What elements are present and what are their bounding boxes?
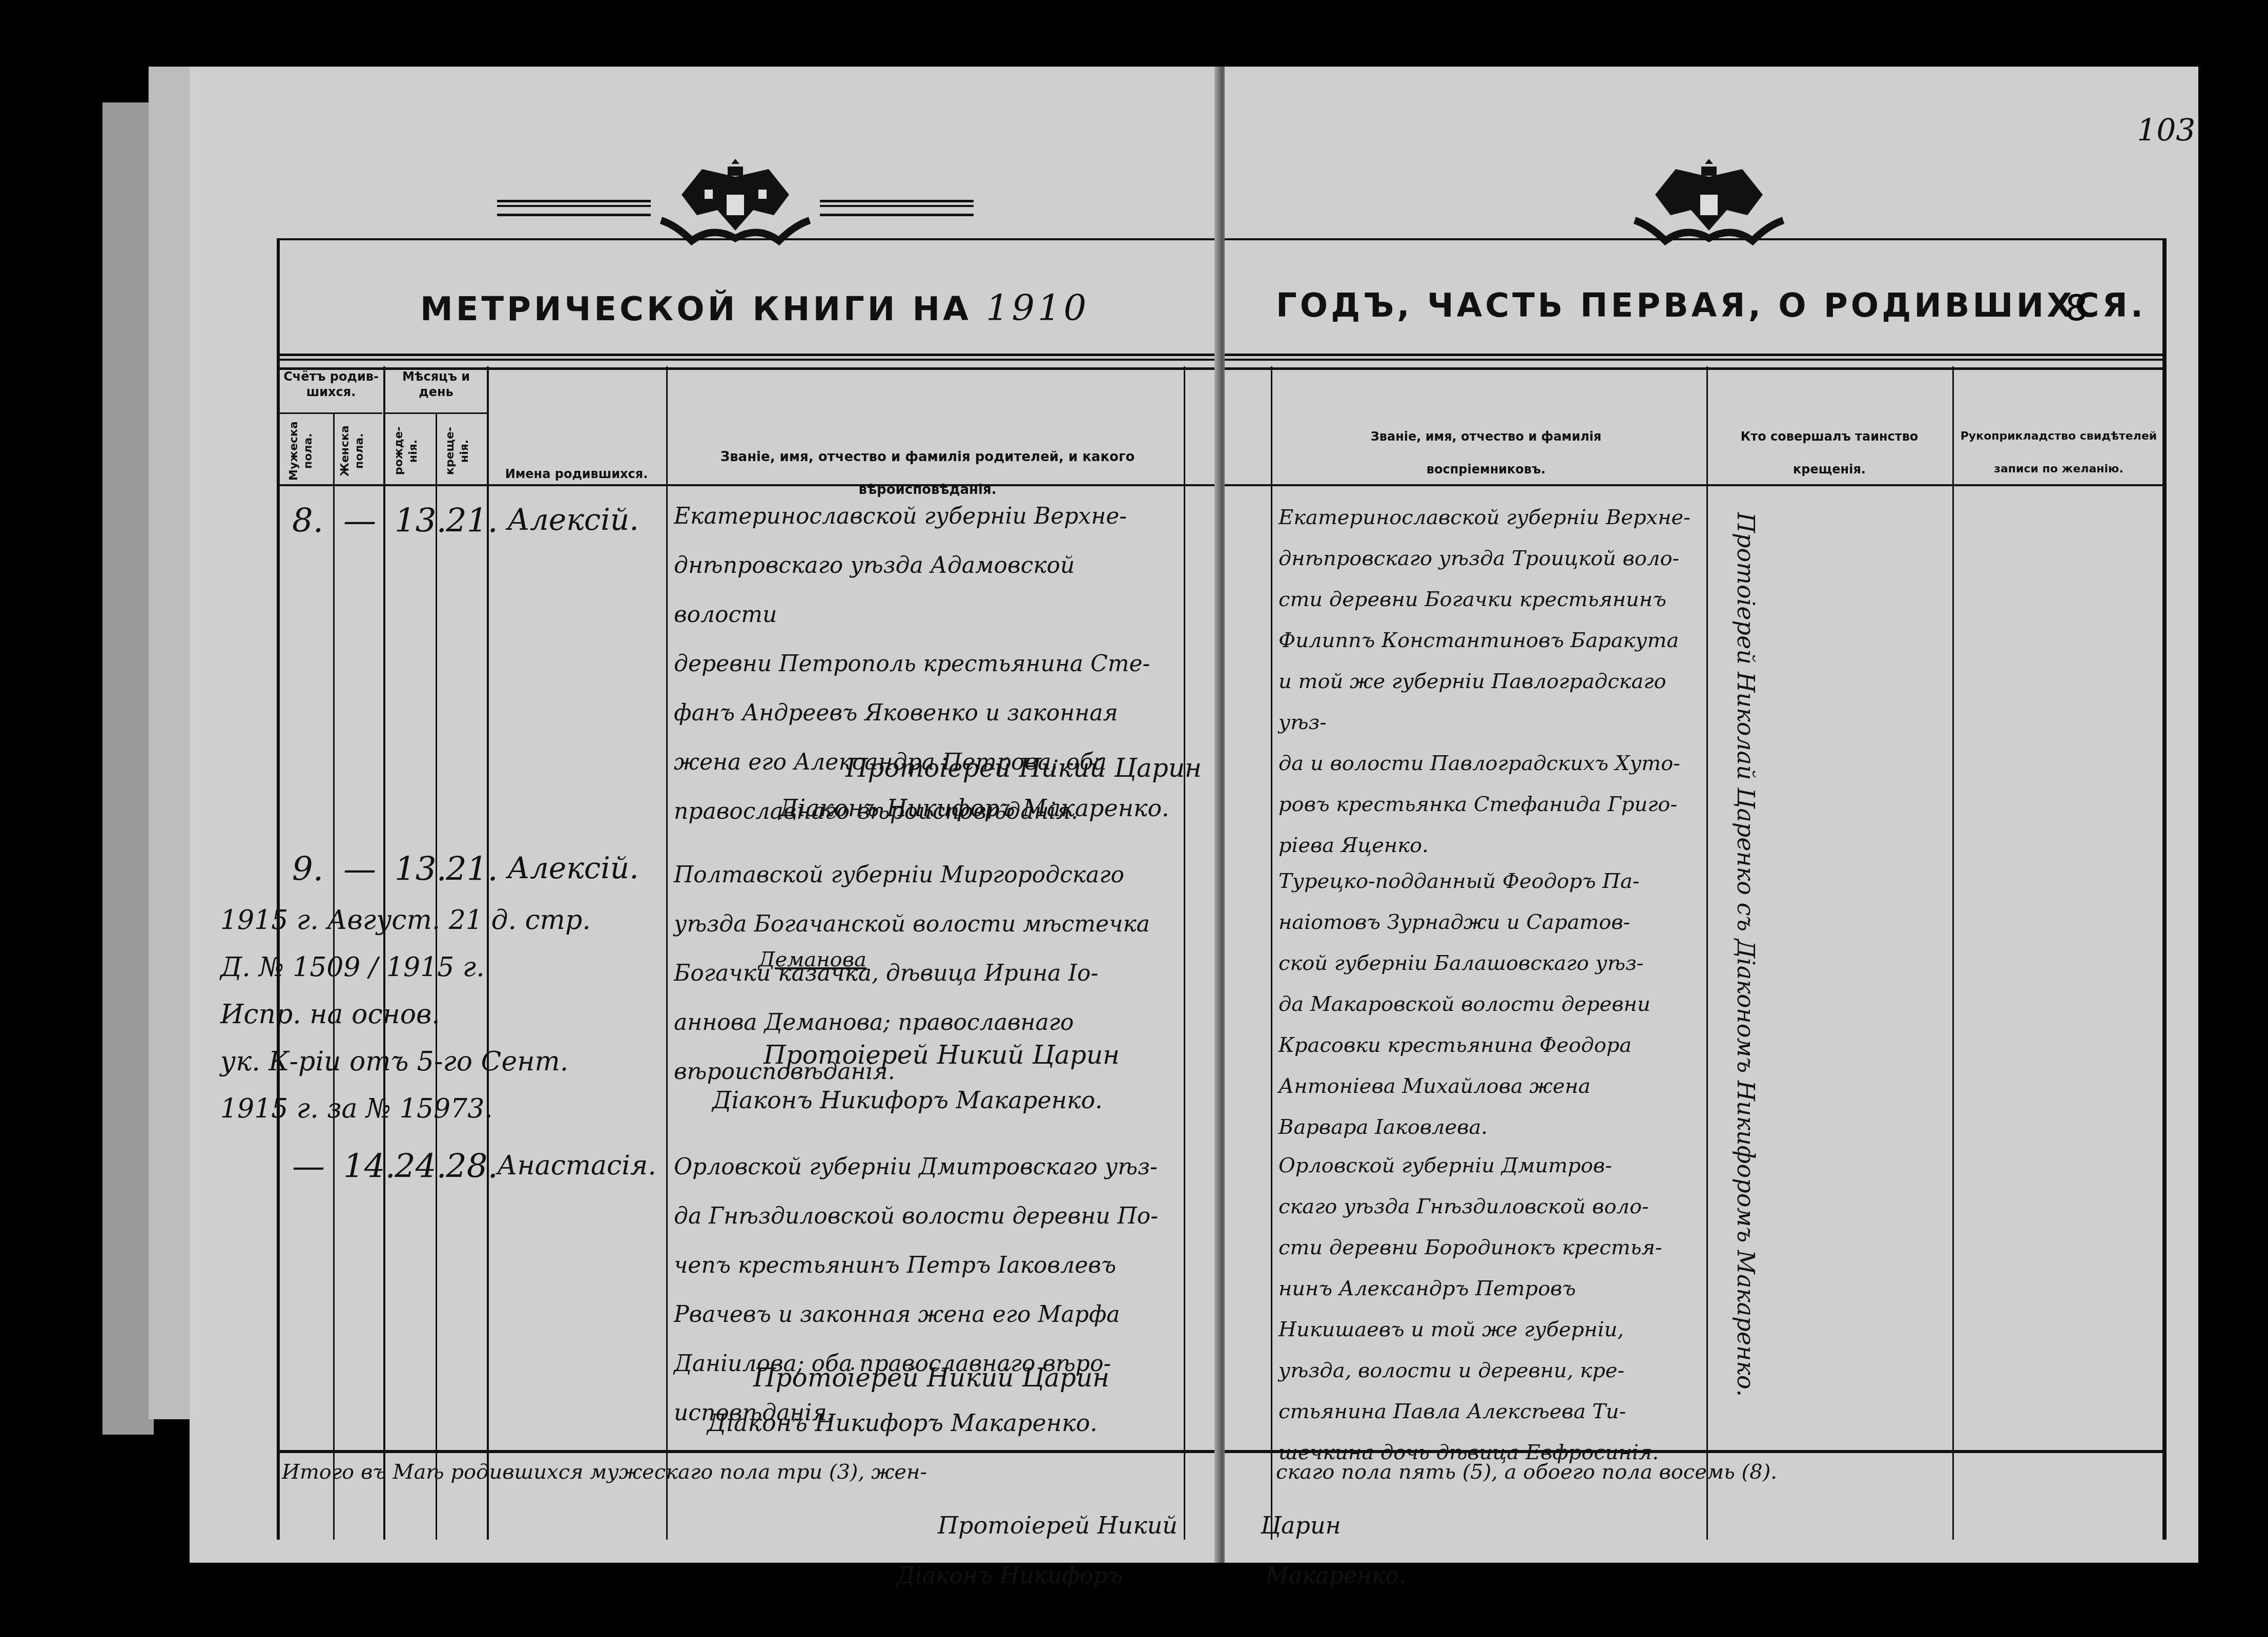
footer-signature-priest-left: Протоіерей Никий	[938, 1511, 1178, 1539]
entry-2-godparents: Турецко-подданный Феодоръ Па- наіотовъ З…	[1279, 861, 1704, 1148]
entry-3-signature-deacon: Діаконъ Никифоръ Макаренко.	[707, 1409, 1098, 1437]
archive-page-stamp: 103	[2137, 113, 2196, 149]
footer-signature-deacon-left: Діаконъ Никифоръ	[897, 1563, 1123, 1589]
header-baptism: креще-нія.	[443, 420, 471, 482]
col-line-6	[1184, 366, 1185, 1540]
entry-3-name: Анастасія.	[497, 1150, 656, 1181]
entry-3-godparents: Орловской губерніи Дмитров- скаго уѣзда …	[1279, 1145, 1704, 1473]
header-female: Женска пола.	[338, 420, 366, 482]
footer-summary-left: Итого въ Маѣ родившихся мужескаго пола т…	[282, 1460, 927, 1484]
imperial-crest-icon	[651, 154, 820, 251]
entry-3-parents: Орловской губерніи Дмитровскаго уѣз- да …	[674, 1143, 1181, 1438]
entry-1-name: Алексій.	[507, 502, 639, 537]
entry-1-birth-day: 13.	[395, 502, 447, 540]
entry-3-signature-priest: Протоіерей Никий Царин	[753, 1363, 1109, 1393]
entry-1-godparents: Екатеринославской губерніи Верхне- днѣпр…	[1279, 497, 1704, 866]
entry-1-female-no: —	[343, 502, 376, 540]
entry-2-margin-note: 1915 г. Август. 21 д. стр. Д. № 1509 / 1…	[220, 897, 661, 1132]
footer-rule-left	[280, 1450, 1223, 1453]
subheader-rule-b	[385, 412, 487, 414]
col-line-5	[666, 366, 668, 1540]
col-line-r1	[1271, 366, 1272, 1540]
frame-top	[277, 238, 1220, 240]
entry-1-signature-deacon: Діаконъ Никифоръ Макаренко.	[779, 794, 1169, 822]
col-line-r3	[1952, 366, 1954, 1540]
entry-3-female-no: 14.	[343, 1148, 396, 1186]
header-birth: рожде-нія.	[392, 420, 420, 482]
header-performed-by: Кто совершалъ таинство крещенія.	[1737, 420, 1922, 486]
entry-1-parents: Екатеринославской губерніи Верхне- днѣпр…	[674, 492, 1181, 836]
page-title-right: ГОДЪ, ЧАСТЬ ПЕРВАЯ, О РОДИВШИХСЯ.	[1276, 287, 2146, 325]
entry-3-male-no: —	[292, 1148, 325, 1186]
header-godparents: Званіе, имя, отчество и фамилія воспріем…	[1353, 420, 1619, 486]
crest-rule-right	[820, 200, 974, 216]
entry-2-signature-priest: Протоіерей Никий Царин	[764, 1040, 1120, 1070]
right-page: 103 ГОДЪ, ЧАСТЬ ПЕРВАЯ, О РОДИВШИХСЯ. 8 …	[1225, 67, 2198, 1563]
frame-top-right	[1225, 238, 2162, 240]
frame-right	[2162, 238, 2167, 1540]
entry-2-male-no: 9.	[292, 851, 323, 888]
entry-2-name: Алексій.	[507, 851, 639, 885]
header-male: Мужеска пола.	[287, 420, 315, 482]
sheet-number: 8	[2065, 287, 2088, 329]
entry-2-baptism-day: 21.	[446, 851, 498, 888]
header-rule-left	[277, 354, 1220, 370]
header-count-group: Счётъ родив-шихся.	[280, 369, 382, 400]
book-page-edges-outer	[102, 102, 154, 1435]
entry-1-signature-priest: Протоіерей Никий Царин	[846, 753, 1202, 783]
header-month-day-group: Мѣсяцъ и день	[385, 369, 487, 400]
entry-2-female-no: —	[343, 851, 376, 888]
performed-by-vertical: Протоіерей Николай Царенко съ Діакономъ …	[1732, 512, 1760, 1435]
crest-rule-left	[497, 200, 651, 216]
entry-1-baptism-day: 21.	[446, 502, 498, 540]
imperial-crest-icon-right	[1624, 154, 1793, 251]
page-title-left: МЕТРИЧЕСКОЙ КНИГИ НА 1910	[420, 287, 1089, 329]
entry-3-birth-day: 24.	[395, 1148, 447, 1186]
footer-summary-right: скаго пола пять (5), а обоего пола восем…	[1276, 1460, 1777, 1484]
entry-2-birth-day: 13.	[395, 851, 447, 888]
year-handwritten: 1910	[986, 287, 1089, 329]
entry-2-signature-deacon: Діаконъ Никифоръ Макаренко.	[712, 1086, 1103, 1114]
footer-signature-deacon-right: Макаренко.	[1266, 1563, 1406, 1589]
footer-signature-priest-right: Царин	[1261, 1511, 1341, 1539]
header-witnesses: Рукоприкладство свидѣтелей записи по жел…	[1957, 420, 2160, 486]
header-rule-right	[1225, 354, 2162, 370]
col-line-r2	[1706, 366, 1708, 1540]
subheader-rule-a	[280, 412, 382, 414]
entry-1-male-no: 8.	[292, 502, 323, 540]
footer-rule-right	[1225, 1450, 2162, 1453]
entry-3-baptism-day: 28.	[446, 1148, 498, 1186]
header-names: Имена родившихся.	[492, 466, 661, 482]
frame-left	[277, 238, 280, 1540]
left-page: МЕТРИЧЕСКОЙ КНИГИ НА 1910 Счётъ родив-ши…	[190, 67, 1220, 1563]
